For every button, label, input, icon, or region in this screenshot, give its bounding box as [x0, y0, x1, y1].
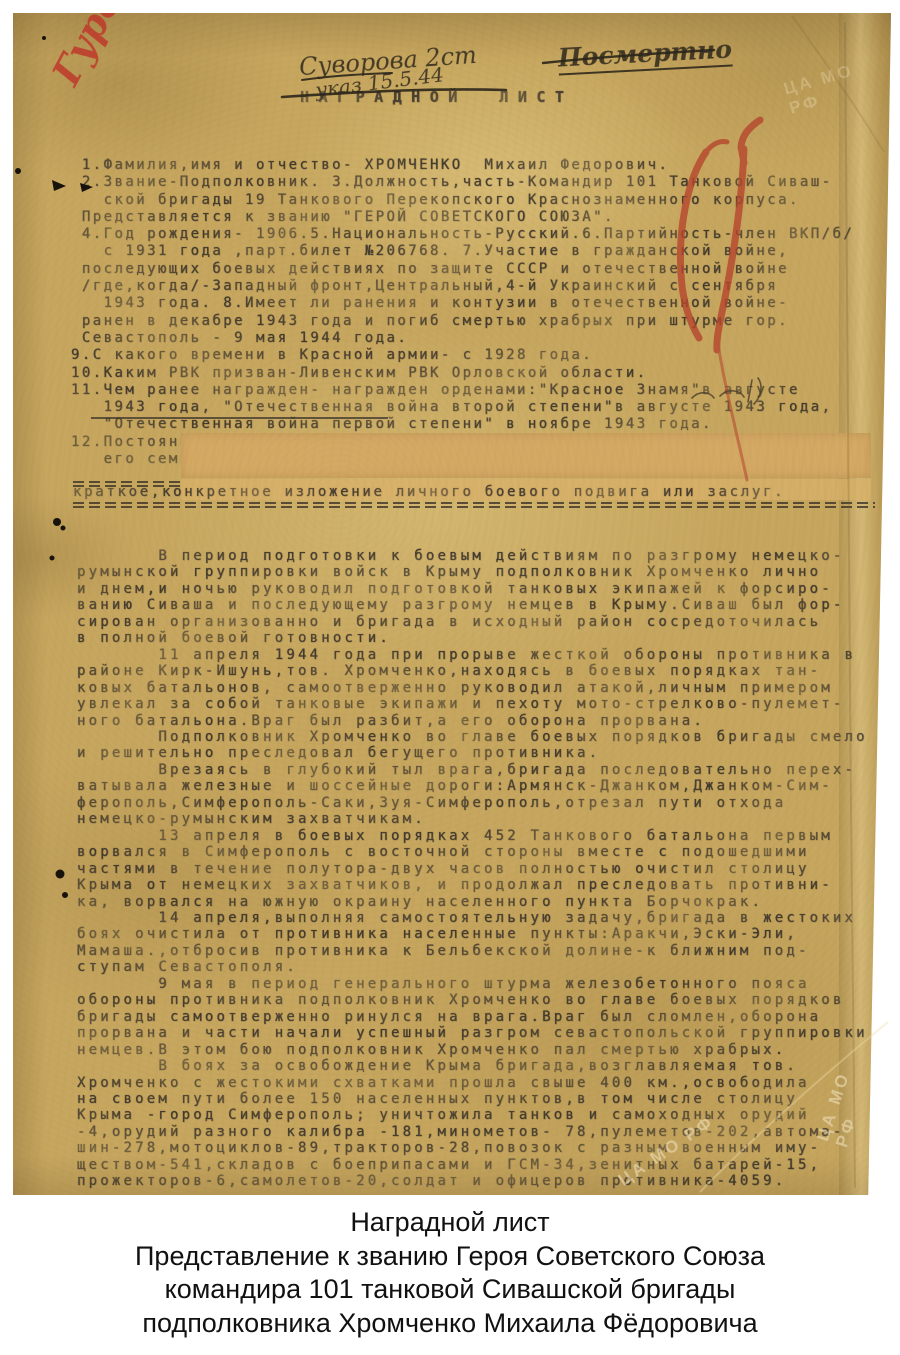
typed-dash-rule-long [73, 502, 875, 508]
caption-line: Наградной лист [0, 1206, 900, 1240]
award-document-scan: Гуров Суворова 2ст указ 15.5.44 Посмертн… [13, 13, 891, 1195]
redacted-address-patch [181, 433, 871, 478]
caption-line: подполковника Хромченко Михаила Фёдорови… [0, 1307, 900, 1341]
handwritten-posthumous-note: Посмертно [557, 34, 732, 75]
caption-line: Представление к званию Героя Советского … [0, 1240, 900, 1274]
caption-line: командира 101 танковой Сивашской бригады [0, 1273, 900, 1307]
order-name-underline [91, 417, 388, 419]
scanned-award-document-page: Гуров Суворова 2ст указ 15.5.44 Посмертн… [0, 0, 900, 1355]
photo-caption: Наградной лист Представление к званию Ге… [0, 1206, 900, 1340]
summary-section-heading: краткое,конкретное изложение личного бое… [73, 484, 785, 500]
combat-merit-description: В период подготовки к боевым действиям п… [77, 548, 868, 1190]
award-form-header-fields: 1.Фамилия,имя и отчество- ХРОМЧЕНКО Миха… [71, 157, 854, 468]
document-title: НАГРАДНОЙ ЛИСТ [300, 88, 573, 106]
red-pencil-signature: Гуров [43, 0, 142, 92]
